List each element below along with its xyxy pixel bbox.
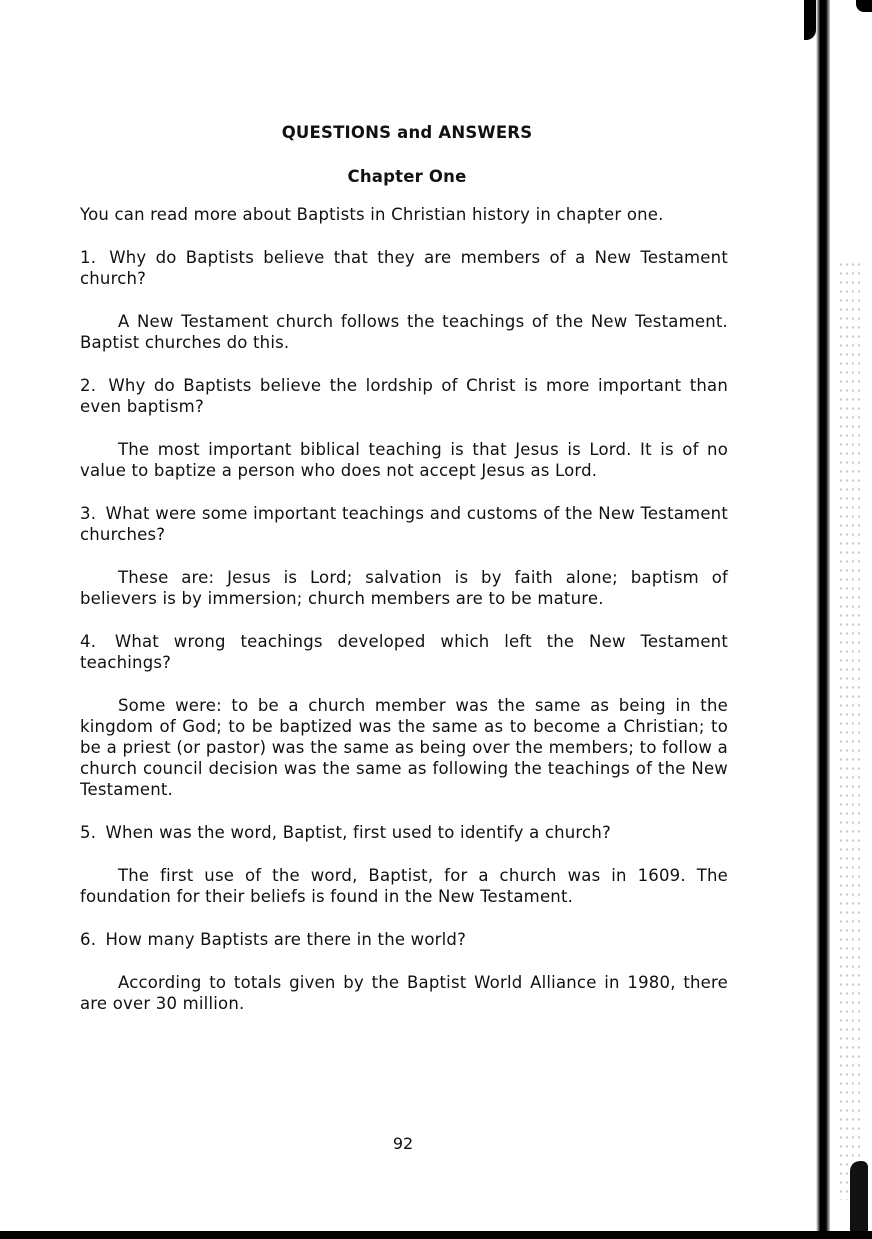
question-text: What wrong teachings developed which lef… xyxy=(80,632,728,672)
qa-item-1: 1. Why do Baptists believe that they are… xyxy=(80,247,728,353)
question: 6. How many Baptists are there in the wo… xyxy=(80,929,728,950)
question-text: Why do Baptists believe that they are me… xyxy=(80,248,728,288)
chapter-heading: Chapter One xyxy=(80,166,728,187)
scan-bottom-edge xyxy=(0,1231,872,1239)
question-number: 3. xyxy=(80,503,100,524)
qa-item-5: 5. When was the word, Baptist, first use… xyxy=(80,822,728,907)
answer: The first use of the word, Baptist, for … xyxy=(80,865,728,907)
answer: Some were: to be a church member was the… xyxy=(80,695,728,800)
intro-paragraph: You can read more about Baptists in Chri… xyxy=(80,204,728,225)
scanned-book-page: QUESTIONS and ANSWERS Chapter One You ca… xyxy=(0,0,872,1239)
binding-shadow xyxy=(816,0,830,1239)
question-number: 4. xyxy=(80,631,100,652)
answer: The most important biblical teaching is … xyxy=(80,439,728,481)
page-title: QUESTIONS and ANSWERS xyxy=(80,122,728,143)
question-text: Why do Baptists believe the lordship of … xyxy=(80,376,728,416)
binding-shadow-top xyxy=(804,0,816,40)
qa-item-2: 2. Why do Baptists believe the lordship … xyxy=(80,375,728,481)
question: 3. What were some important teachings an… xyxy=(80,503,728,545)
qa-item-3: 3. What were some important teachings an… xyxy=(80,503,728,609)
question: 1. Why do Baptists believe that they are… xyxy=(80,247,728,289)
question-text: When was the word, Baptist, first used t… xyxy=(105,823,610,842)
question: 5. When was the word, Baptist, first use… xyxy=(80,822,728,843)
question: 2. Why do Baptists believe the lordship … xyxy=(80,375,728,417)
question-text: What were some important teachings and c… xyxy=(80,504,728,544)
scan-noise xyxy=(838,260,862,1200)
qa-item-6: 6. How many Baptists are there in the wo… xyxy=(80,929,728,1014)
scan-corner-mark xyxy=(856,0,872,12)
answer: These are: Jesus is Lord; salvation is b… xyxy=(80,567,728,609)
question-number: 1. xyxy=(80,247,100,268)
answer: According to totals given by the Baptist… xyxy=(80,972,728,1014)
page-content: QUESTIONS and ANSWERS Chapter One You ca… xyxy=(80,122,728,1036)
qa-item-4: 4. What wrong teachings developed which … xyxy=(80,631,728,800)
question: 4. What wrong teachings developed which … xyxy=(80,631,728,673)
question-number: 5. xyxy=(80,822,100,843)
answer: A New Testament church follows the teach… xyxy=(80,311,728,353)
question-text: How many Baptists are there in the world… xyxy=(105,930,466,949)
page-number: 92 xyxy=(0,1134,806,1153)
scan-edge-mark xyxy=(850,1161,868,1231)
question-number: 2. xyxy=(80,375,100,396)
question-number: 6. xyxy=(80,929,100,950)
